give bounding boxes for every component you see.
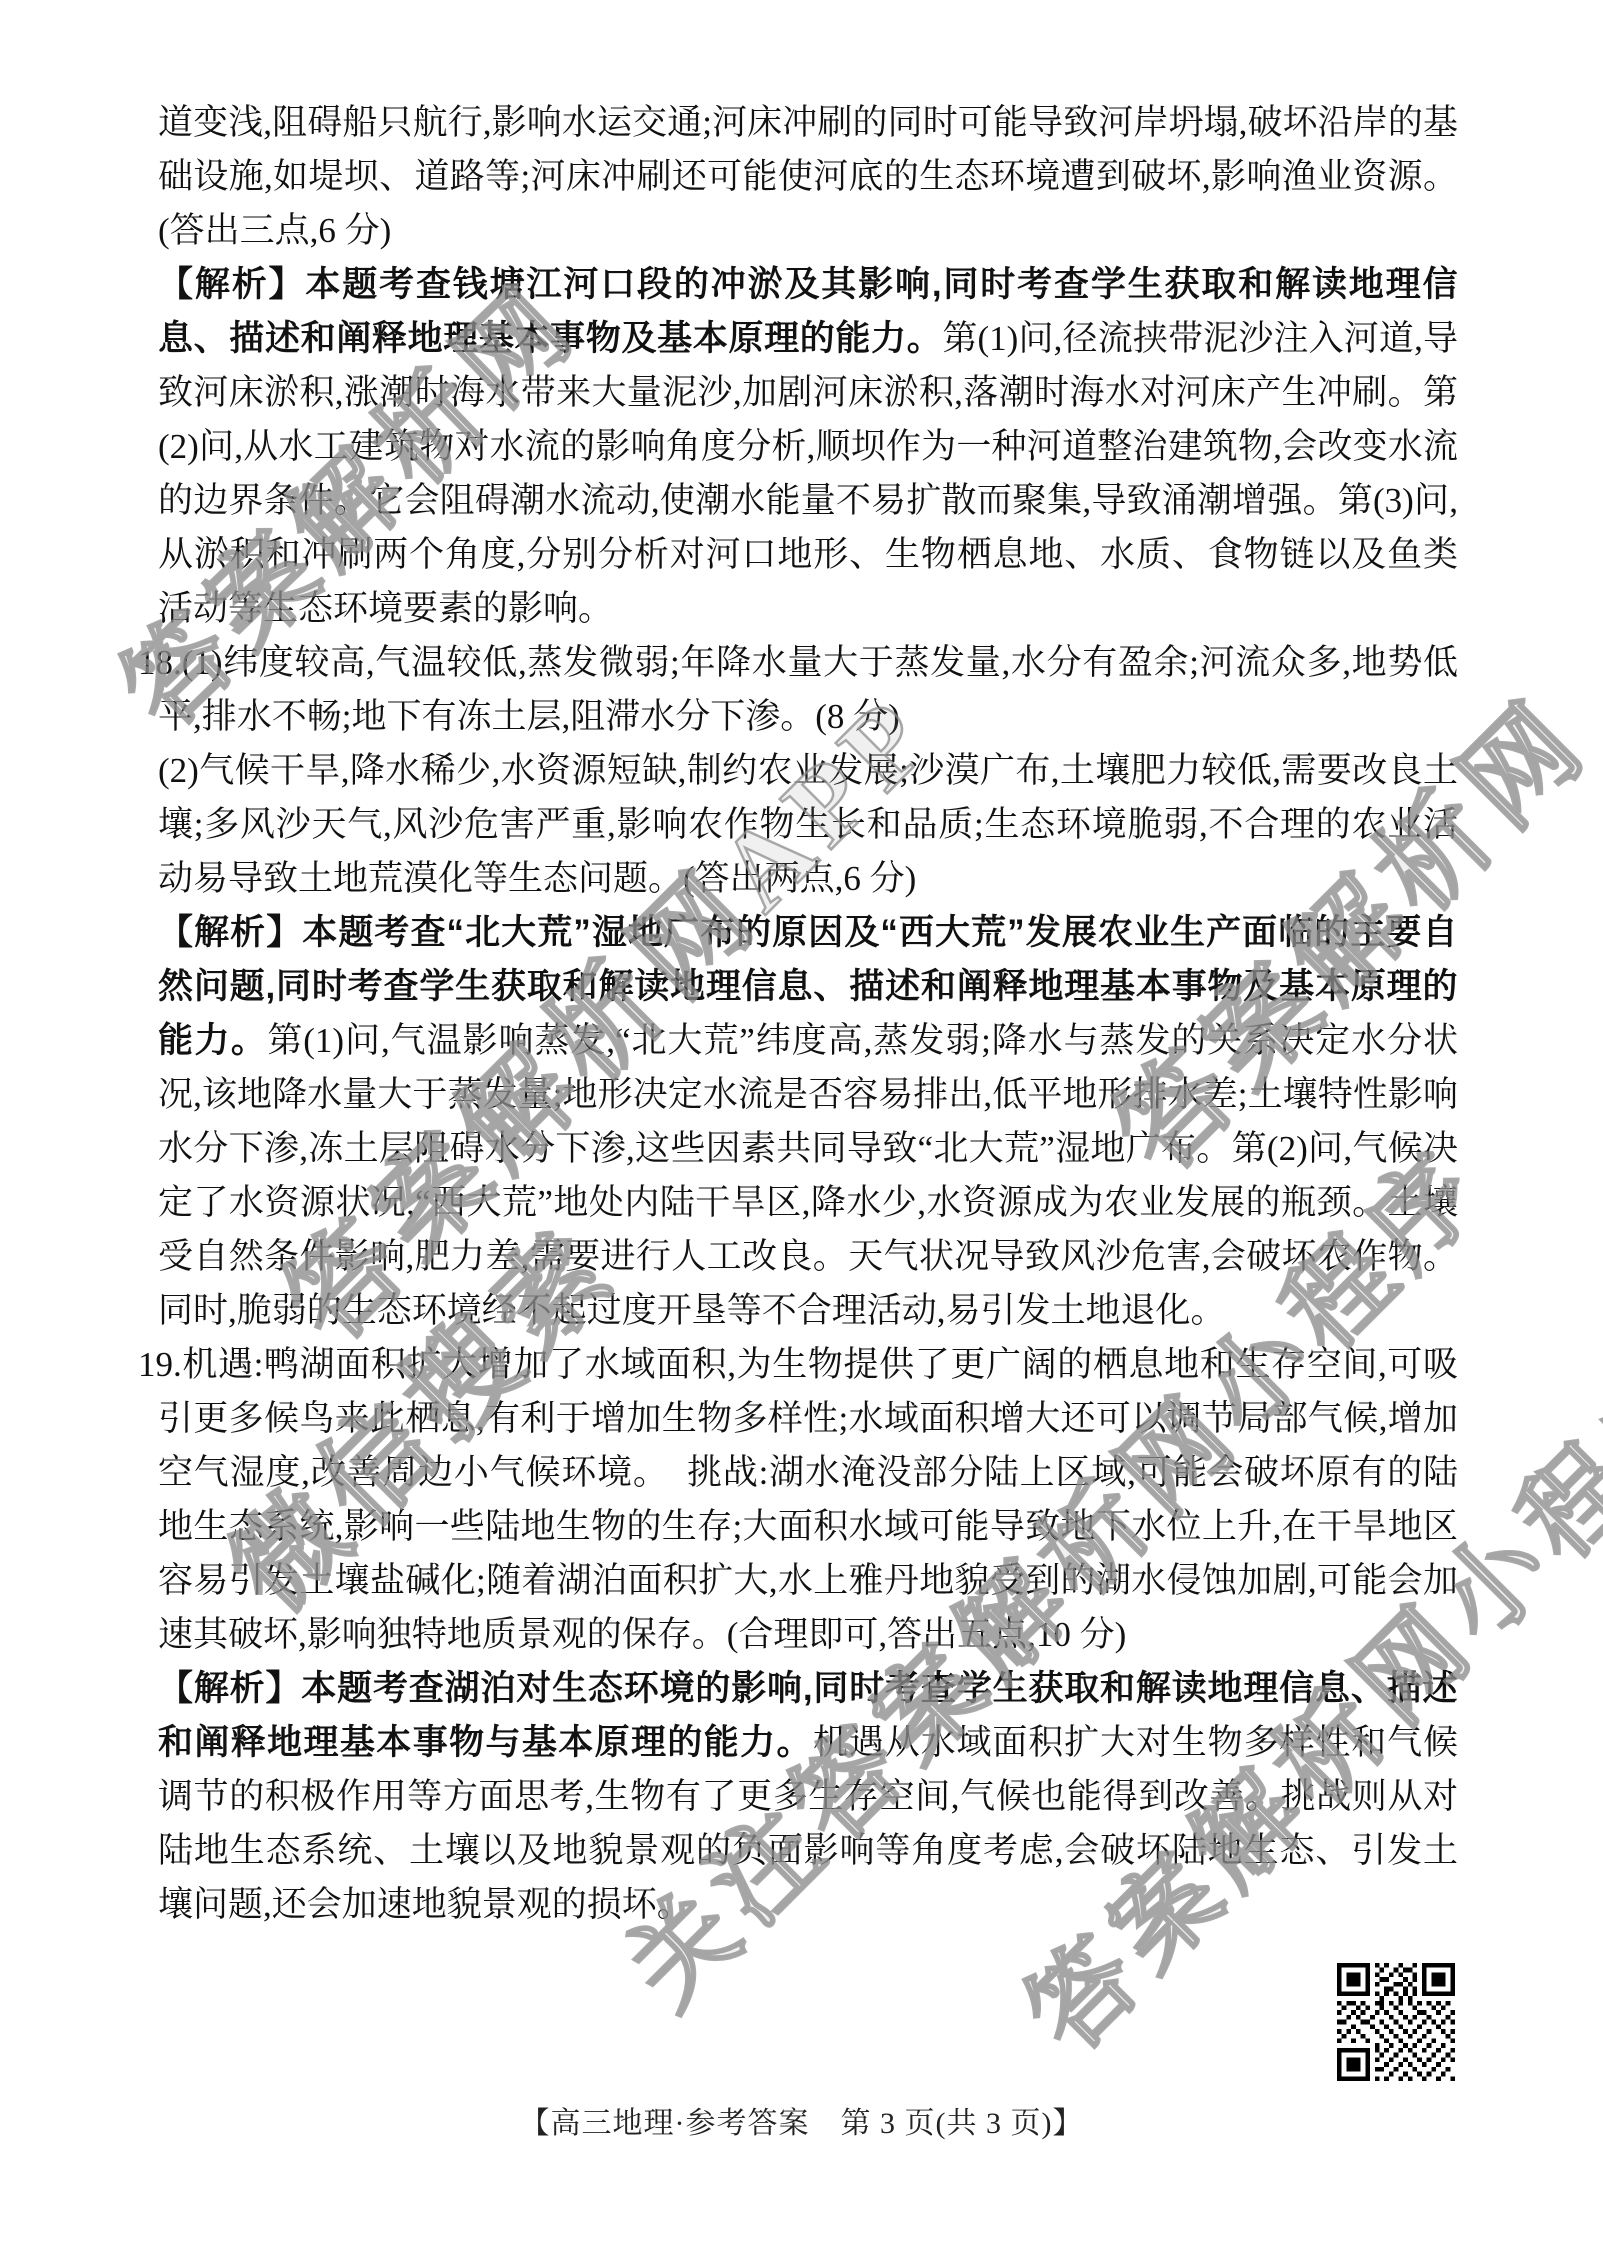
paragraph-text: 第(1)问,径流挟带泥沙注入河道,导致河床淤积,涨潮时海水带来大量泥沙,加剧河床…: [158, 319, 1458, 628]
answer-18-1: 18.(1)纬度较高,气温较低,蒸发微弱;年降水量大于蒸发量,水分有盈余;河流众…: [158, 636, 1458, 744]
item-number: 19.: [138, 1345, 182, 1384]
item-number: 18.: [138, 643, 182, 682]
answer-18-2: (2)气候干旱,降水稀少,水资源短缺,制约农业发展;沙漠广布,土壤肥力较低,需要…: [158, 744, 1458, 906]
answer-17-continuation: 道变浅,阻碍船只航行,影响水运交通;河床冲刷的同时可能导致河岸坍塌,破坏沿岸的基…: [158, 96, 1458, 258]
analysis-18: 【解析】本题考查“北大荒”湿地广布的原因及“西大荒”发展农业生产面临的主要自然问…: [158, 906, 1458, 1338]
answer-19: 19.机遇:鸭湖面积扩大增加了水域面积,为生物提供了更广阔的栖息地和生存空间,可…: [158, 1338, 1458, 1662]
analysis-17: 【解析】本题考查钱塘江河口段的冲淤及其影响,同时考查学生获取和解读地理信息、描述…: [158, 258, 1458, 636]
qr-code: [1337, 1963, 1455, 2081]
page-footer: 【高三地理·参考答案 第 3 页(共 3 页)】: [0, 2098, 1603, 2142]
answer-key-body: 道变浅,阻碍船只航行,影响水运交通;河床冲刷的同时可能导致河岸坍塌,破坏沿岸的基…: [158, 96, 1458, 1932]
analysis-19: 【解析】本题考查湖泊对生态环境的影响,同时考查学生获取和解读地理信息、描述和阐释…: [158, 1662, 1458, 1932]
paragraph-text: (1)纬度较高,气温较低,蒸发微弱;年降水量大于蒸发量,水分有盈余;河流众多,地…: [158, 643, 1458, 736]
paragraph-text: (2)气候干旱,降水稀少,水资源短缺,制约农业发展;沙漠广布,土壤肥力较低,需要…: [158, 751, 1458, 898]
paragraph-text: 机遇:鸭湖面积扩大增加了水域面积,为生物提供了更广阔的栖息地和生存空间,可吸引更…: [158, 1345, 1458, 1654]
paragraph-text: 道变浅,阻碍船只航行,影响水运交通;河床冲刷的同时可能导致河岸坍塌,破坏沿岸的基…: [158, 103, 1458, 250]
paragraph-text: 第(1)问,气温影响蒸发,“北大荒”纬度高,蒸发弱;降水与蒸发的关系决定水分状况…: [158, 1021, 1458, 1330]
